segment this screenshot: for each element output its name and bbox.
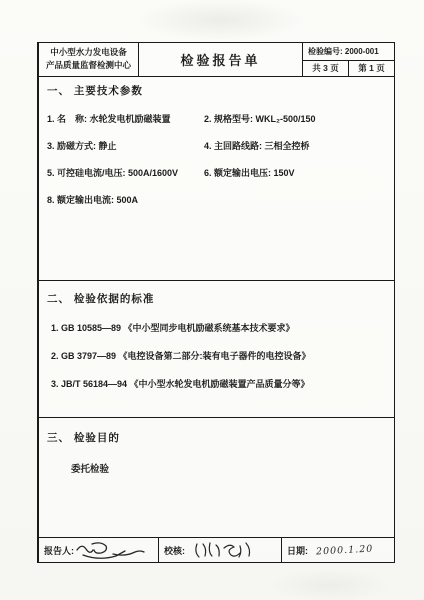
report-header: 中小型水力发电设备 产品质量监督检测中心 检验报告单 检验编号: 2000-00…: [39, 43, 394, 77]
date-cell: 日期: 2000.1.20: [282, 538, 394, 562]
checker-cell: 校核:: [159, 538, 282, 562]
signature-row: 报告人: 校核: 日期: 2000.1.20: [39, 537, 394, 562]
param-item-8: 8. 额定输出电流: 500A: [47, 193, 204, 206]
section3-heading: 三、 检验目的: [47, 430, 388, 445]
reporter-label: 报告人:: [44, 544, 74, 557]
section-purpose: 三、 检验目的 委托检验: [39, 418, 394, 538]
org-name-line1: 中小型水力发电设备: [50, 46, 127, 59]
report-meta: 检验编号: 2000-001 共 3 页 第 1 页: [302, 43, 394, 76]
param-item-3: 3. 励磁方式: 静止: [47, 139, 204, 152]
date-handwriting: 2000.1.20: [316, 543, 374, 557]
scanned-report-page: 中小型水力发电设备 产品质量监督检测中心 检验报告单 检验编号: 2000-00…: [0, 0, 424, 600]
checker-signature: [191, 540, 257, 561]
report-title: 检验报告单: [139, 43, 302, 76]
standard-item-2: 2. GB 3797—89 《电控设备第二部分:装有电子器件的电控设备》: [47, 349, 388, 362]
current-page: 第 1 页: [349, 61, 394, 76]
page-info: 共 3 页 第 1 页: [303, 61, 394, 76]
org-name-line2: 产品质量监督检测中心: [46, 59, 131, 72]
section-standards: 二、 检验依据的标准 1. GB 10585—89 《中小型同步电机励磁系统基本…: [39, 281, 394, 417]
param-item-4: 4. 主回路线路: 三相全控桥: [204, 139, 388, 152]
param-item-5: 5. 可控硅电流/电压: 500A/1600V: [47, 166, 204, 179]
purpose-text: 委托检验: [47, 461, 388, 475]
param-row: 1. 名 称: 水轮发电机励磁装置 2. 规格型号: WKL₂-500/150: [47, 112, 388, 125]
report-number: 检验编号: 2000-001: [303, 43, 394, 61]
param-item-empty: [204, 193, 388, 206]
section-technical-parameters: 一、 主要技术参数 1. 名 称: 水轮发电机励磁装置 2. 规格型号: WKL…: [39, 77, 394, 281]
param-item-6: 6. 额定输出电压: 150V: [204, 166, 388, 179]
date-label: 日期:: [287, 544, 308, 557]
reporter-signature: [71, 539, 153, 562]
total-pages: 共 3 页: [303, 61, 349, 76]
section1-heading: 一、 主要技术参数: [47, 83, 388, 98]
param-item-1: 1. 名 称: 水轮发电机励磁装置: [47, 112, 204, 125]
standard-item-3: 3. JB/T 56184—94 《中小型水轮发电机励磁装置产品质量分等》: [47, 377, 388, 390]
inspection-report-table: 中小型水力发电设备 产品质量监督检测中心 检验报告单 检验编号: 2000-00…: [37, 42, 395, 563]
param-row: 3. 励磁方式: 静止 4. 主回路线路: 三相全控桥: [47, 139, 388, 152]
param-item-2: 2. 规格型号: WKL₂-500/150: [204, 112, 388, 125]
param-row: 5. 可控硅电流/电压: 500A/1600V 6. 额定输出电压: 150V: [47, 166, 388, 179]
issuing-org: 中小型水力发电设备 产品质量监督检测中心: [39, 43, 139, 76]
checker-label: 校核:: [164, 544, 185, 557]
section2-heading: 二、 检验依据的标准: [47, 291, 388, 306]
standard-item-1: 1. GB 10585—89 《中小型同步电机励磁系统基本技术要求》: [47, 321, 388, 334]
param-row: 8. 额定输出电流: 500A: [47, 193, 388, 206]
reporter-cell: 报告人:: [39, 538, 159, 562]
